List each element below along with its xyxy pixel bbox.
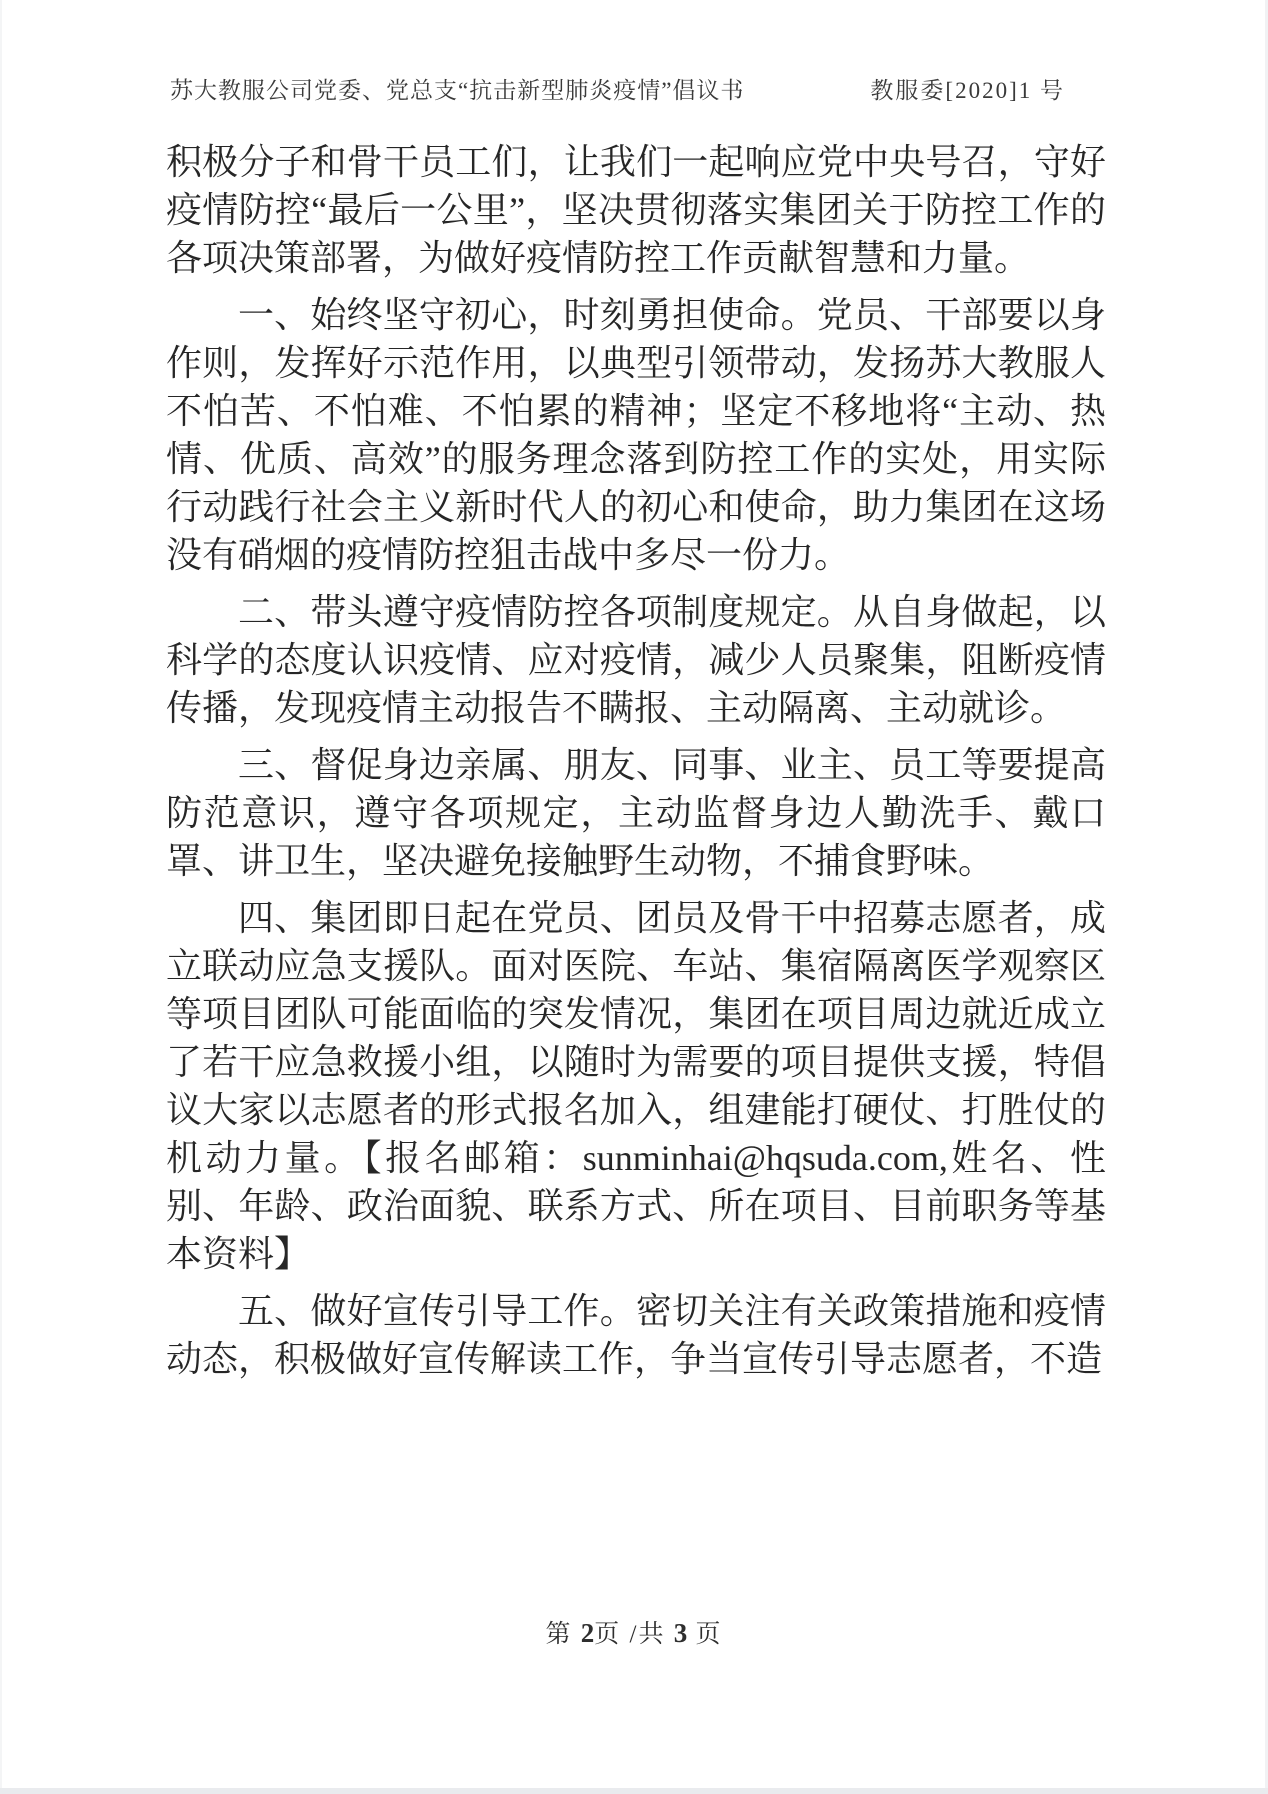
footer-label-suffix: 页 xyxy=(687,1621,722,1648)
scan-edge-left xyxy=(0,0,2,1794)
scan-edge-bottom xyxy=(0,1788,1268,1794)
footer-label-prefix: 第 xyxy=(546,1621,581,1648)
header-document-title: 苏大教服公司党委、党总支“抗击新型肺炎疫情”倡议书 xyxy=(170,72,744,105)
paragraph-item-4: 四、集团即日起在党员、团员及骨干中招募志愿者，成立联动应急支援队。面对医院、车站… xyxy=(166,894,1106,1278)
page-footer: 第 2页 /共 3 页 xyxy=(0,1614,1268,1650)
paragraph-item-3: 三、督促身边亲属、朋友、同事、业主、员工等要提高防范意识，遵守各项规定，主动监督… xyxy=(166,741,1106,885)
document-body: 积极分子和骨干员工们，让我们一起响应党中央号召，守好疫情防控“最后一公里”，坚决… xyxy=(166,138,1106,1392)
paragraph-item-5: 五、做好宣传引导工作。密切关注有关政策措施和疫情动态，积极做好宣传解读工作，争当… xyxy=(166,1287,1106,1383)
footer-current-page-number: 2 xyxy=(581,1618,595,1648)
paragraph-item-1: 一、始终坚守初心，时刻勇担使命。党员、干部要以身作则，发挥好示范作用，以典型引领… xyxy=(166,291,1106,579)
paragraph-continuation: 积极分子和骨干员工们，让我们一起响应党中央号召，守好疫情防控“最后一公里”，坚决… xyxy=(166,138,1106,282)
paragraph-item-2: 二、带头遵守疫情防控各项制度规定。从自身做起，以科学的态度认识疫情、应对疫情，减… xyxy=(166,588,1106,732)
page-header: 苏大教服公司党委、党总支“抗击新型肺炎疫情”倡议书 教服委[2020]1 号 xyxy=(170,72,1105,105)
document-page: 苏大教服公司党委、党总支“抗击新型肺炎疫情”倡议书 教服委[2020]1 号 积… xyxy=(0,0,1268,1794)
header-document-number: 教服委[2020]1 号 xyxy=(870,72,1065,105)
footer-label-middle: 页 /共 xyxy=(594,1621,673,1648)
footer-total-page-number: 3 xyxy=(674,1618,688,1648)
